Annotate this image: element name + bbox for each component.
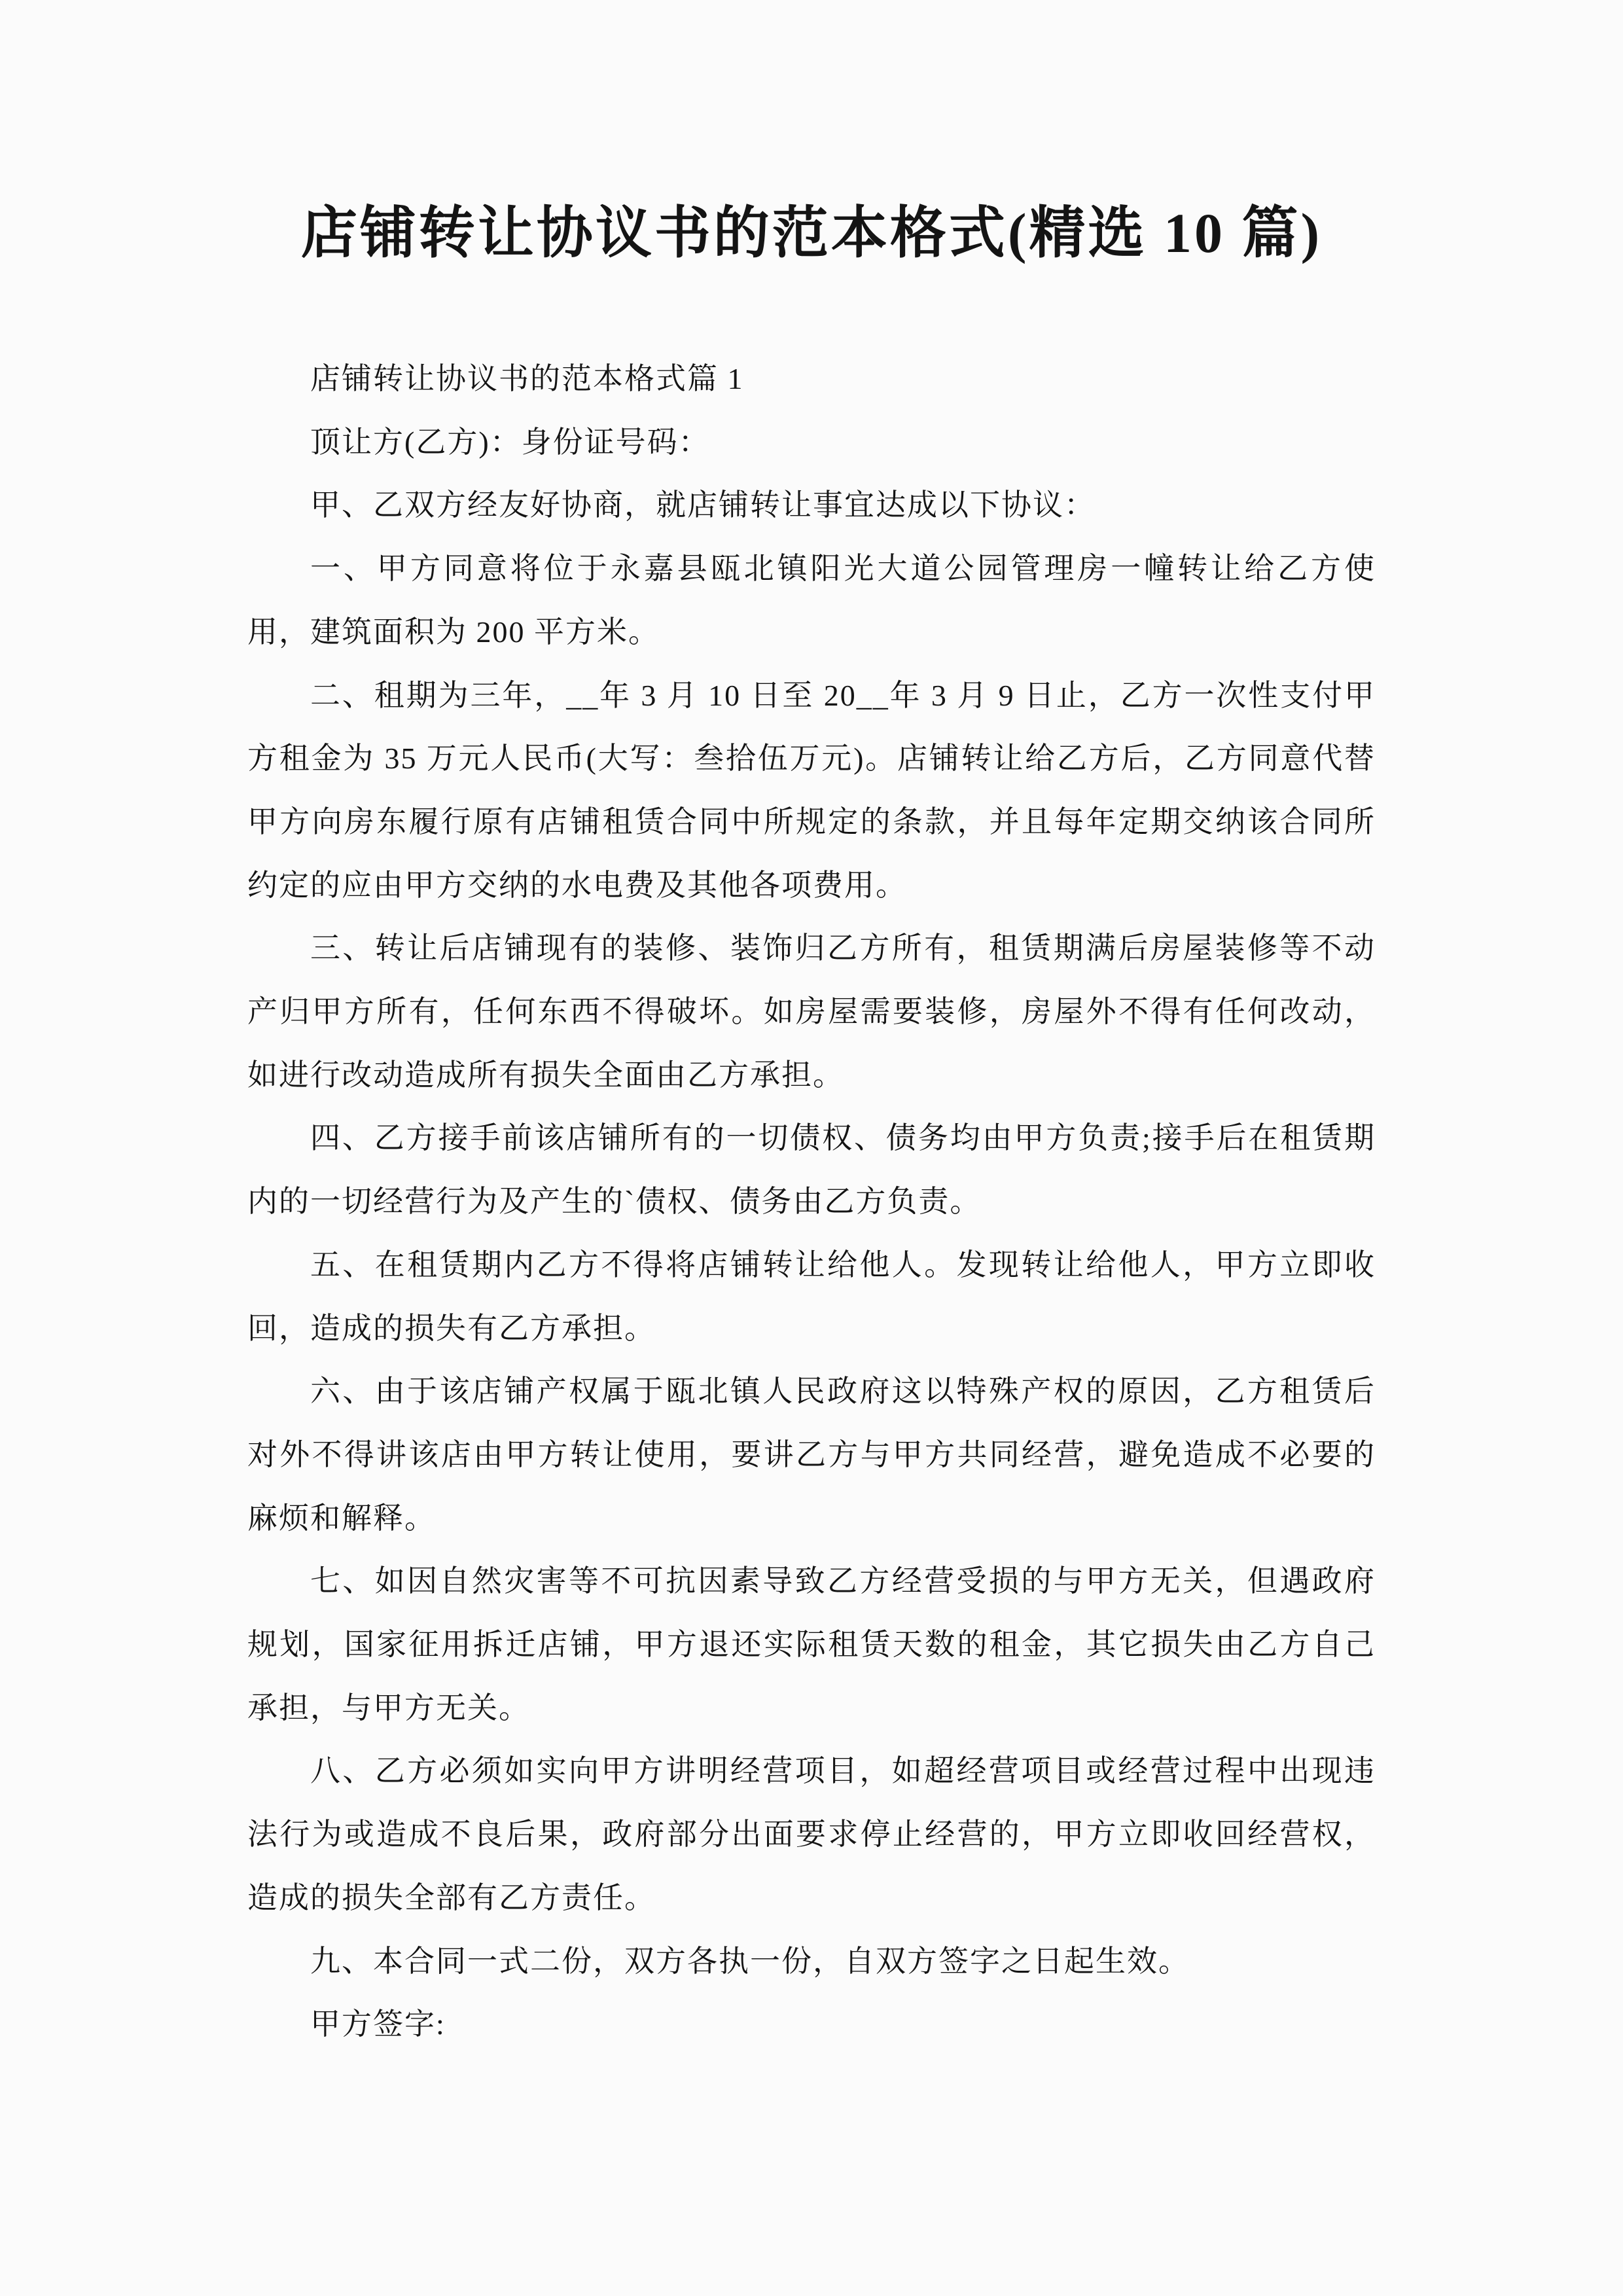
document-page: 店铺转让协议书的范本格式(精选 10 篇) 店铺转让协议书的范本格式篇 1 顶让…	[0, 0, 1623, 2296]
doc-paragraph: 店铺转让协议书的范本格式篇 1	[247, 348, 1376, 411]
doc-paragraph: 六、由于该店铺产权属于瓯北镇人民政府这以特殊产权的原因，乙方租赁后对外不得讲该店…	[247, 1360, 1376, 1550]
doc-paragraph: 五、在租赁期内乙方不得将店铺转让给他人。发现转让给他人，甲方立即收回，造成的损失…	[247, 1234, 1376, 1360]
doc-paragraph: 甲、乙双方经友好协商，就店铺转让事宜达成以下协议：	[247, 474, 1376, 537]
doc-paragraph: 八、乙方必须如实向甲方讲明经营项目，如超经营项目或经营过程中出现违法行为或造成不…	[247, 1740, 1376, 1929]
doc-paragraph: 甲方签字:	[247, 1993, 1376, 2056]
doc-paragraph: 一、甲方同意将位于永嘉县瓯北镇阳光大道公园管理房一幢转让给乙方使用，建筑面积为 …	[247, 537, 1376, 664]
document-body: 店铺转让协议书的范本格式篇 1 顶让方(乙方)：身份证号码： 甲、乙双方经友好协…	[247, 348, 1376, 2056]
doc-paragraph: 二、租期为三年，__年 3 月 10 日至 20__年 3 月 9 日止，乙方一…	[247, 664, 1376, 918]
doc-paragraph: 三、转让后店铺现有的装修、装饰归乙方所有，租赁期满后房屋装修等不动产归甲方所有，…	[247, 917, 1376, 1107]
doc-paragraph: 九、本合同一式二份，双方各执一份，自双方签字之日起生效。	[247, 1930, 1376, 1994]
doc-paragraph: 顶让方(乙方)：身份证号码：	[247, 411, 1376, 475]
page-title: 店铺转让协议书的范本格式(精选 10 篇)	[0, 194, 1623, 272]
doc-paragraph: 七、如因自然灾害等不可抗因素导致乙方经营受损的与甲方无关，但遇政府规划，国家征用…	[247, 1550, 1376, 1740]
doc-paragraph: 四、乙方接手前该店铺所有的一切债权、债务均由甲方负责;接手后在租赁期内的一切经营…	[247, 1107, 1376, 1233]
